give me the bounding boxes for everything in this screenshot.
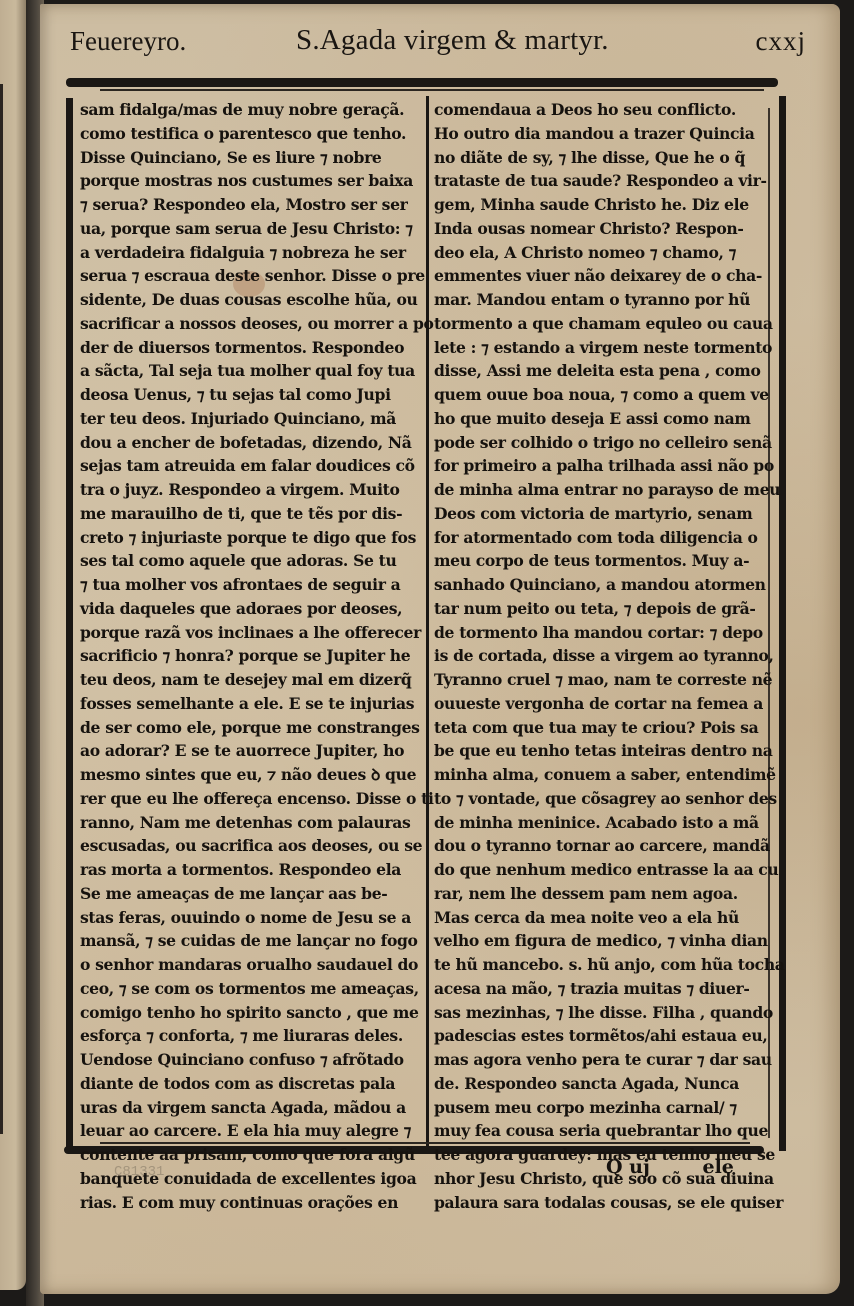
- text-line: sacrificio ⁊ honra? porque se Jupiter he: [80, 644, 432, 668]
- text-line: uras da virgem sancta Agada, mãdou a: [80, 1096, 432, 1120]
- top-border-thin-rule: [100, 89, 764, 91]
- text-line: ter teu deos. Injuriado Quinciano, mã: [80, 407, 432, 431]
- text-line: me marauilho de ti, que te tẽs por dis-: [80, 502, 432, 526]
- text-line: be que eu tenho tetas inteiras dentro na: [434, 739, 786, 763]
- library-stamp: C81331: [114, 1164, 164, 1180]
- text-line: Mas cerca da mea noite veo a ela hũ: [434, 906, 786, 930]
- text-line: to ⁊ vontade, que cõsagrey ao senhor des: [434, 787, 786, 811]
- text-line: ceo, ⁊ se com os tormentos me ameaças,: [80, 977, 432, 1001]
- text-line: sejas tam atreuida em falar doudices cõ: [80, 454, 432, 478]
- running-header: Feuereyro. S.Agada virgem & martyr. cxxj: [66, 20, 810, 60]
- text-line: de ser como ele, porque me constranges: [80, 716, 432, 740]
- text-line: ua, porque sam serua de Jesu Christo: ⁊: [80, 217, 432, 241]
- text-line: stas feras, ouuindo o nome de Jesu se a: [80, 906, 432, 930]
- text-column-left: sam fidalga/mas de muy nobre geraçã.como…: [80, 98, 432, 1214]
- text-column-right: comendaua a Deos ho seu conflicto.Ho out…: [434, 98, 786, 1214]
- book-page: Feuereyro. S.Agada virgem & martyr. cxxj…: [40, 4, 840, 1294]
- text-line: rer que eu lhe offereça encenso. Disse o…: [80, 787, 432, 811]
- text-line: deo ela, A Christo nomeo ⁊ chamo, ⁊: [434, 241, 786, 265]
- text-line: serua ⁊ escraua deste senhor. Disse o pr…: [80, 264, 432, 288]
- text-line: meu corpo de teus tormentos. Muy a-: [434, 549, 786, 573]
- text-line: pusem meu corpo mezinha carnal/ ⁊: [434, 1096, 786, 1120]
- header-title: S.Agada virgem & martyr.: [296, 24, 609, 57]
- header-month: Feuereyro.: [70, 26, 186, 57]
- text-line: dou o tyranno tornar ao carcere, mandã: [434, 834, 786, 858]
- text-line: muy fea cousa seria quebrantar lho que: [434, 1119, 786, 1143]
- text-line: ao adorar? E se te auorrece Jupiter, ho: [80, 739, 432, 763]
- text-line: do que nenhum medico entrasse la aa cu: [434, 858, 786, 882]
- previous-page-border-rule: [0, 84, 3, 1134]
- text-line: for primeiro a palha trilhada assi não p…: [434, 454, 786, 478]
- text-line: de. Respondeo sancta Agada, Nunca: [434, 1072, 786, 1096]
- text-line: te hũ mancebo. s. hũ anjo, com hũa tocha: [434, 953, 786, 977]
- text-line: Se me ameaças de me lançar aas be-: [80, 882, 432, 906]
- text-line: a sãcta, Tal seja tua molher qual foy tu…: [80, 359, 432, 383]
- text-line: gem, Minha saude Christo he. Diz ele: [434, 193, 786, 217]
- text-line: a verdadeira fidalguia ⁊ nobreza he ser: [80, 241, 432, 265]
- text-line: sam fidalga/mas de muy nobre geraçã.: [80, 98, 432, 122]
- text-line: sanhado Quinciano, a mandou atormen: [434, 573, 786, 597]
- text-line: o senhor mandaras orualho saudauel do: [80, 953, 432, 977]
- signature-mark: Q uj: [606, 1156, 650, 1178]
- text-line: Tyranno cruel ⁊ mao, nam te correste nẽ: [434, 668, 786, 692]
- text-line: teu deos, nam te desejey mal em dizerq̃: [80, 668, 432, 692]
- text-line: Disse Quinciano, Se es liure ⁊ nobre: [80, 146, 432, 170]
- text-line: deosa Uenus, ⁊ tu sejas tal como Jupi: [80, 383, 432, 407]
- text-line: trataste de tua saude? Respondeo a vir-: [434, 169, 786, 193]
- text-line: ⁊ tua molher vos afrontaes de seguir a: [80, 573, 432, 597]
- text-line: tormento a que chamam equleo ou caua: [434, 312, 786, 336]
- left-border-rule: [66, 98, 73, 1148]
- text-line: como testifica o parentesco que tenho.: [80, 122, 432, 146]
- folio-number: cxxj: [756, 26, 807, 57]
- text-line: Deos com victoria de martyrio, senam: [434, 502, 786, 526]
- text-line: leuar ao carcere. E ela hia muy alegre ⁊: [80, 1119, 432, 1143]
- text-line: sacrificar a nossos deoses, ou morrer a …: [80, 312, 432, 336]
- text-line: ho que muito deseja E assi como nam: [434, 407, 786, 431]
- text-line: vida daqueles que adoraes por deoses,: [80, 597, 432, 621]
- previous-page-edge: [0, 0, 26, 1290]
- text-line: disse, Assi me deleita esta pena , como: [434, 359, 786, 383]
- text-line: escusadas, ou sacrifica aos deoses, ou s…: [80, 834, 432, 858]
- text-line: Ho outro dia mandou a trazer Quincia: [434, 122, 786, 146]
- text-line: pode ser colhido o trigo no celleiro sen…: [434, 431, 786, 455]
- text-line: sas mezinhas, ⁊ lhe disse. Filha , quand…: [434, 1001, 786, 1025]
- text-line: creto ⁊ injuriaste porque te digo que fo…: [80, 526, 432, 550]
- text-line: tar num peito ou teta, ⁊ depois de grã-: [434, 597, 786, 621]
- top-border-rule: [66, 78, 778, 87]
- catchword: ele: [702, 1156, 733, 1178]
- text-line: ouueste vergonha de cortar na femea a: [434, 692, 786, 716]
- text-line: velho em figura de medico, ⁊ vinha dian: [434, 929, 786, 953]
- text-line: Uendose Quinciano confuso ⁊ afrõtado: [80, 1048, 432, 1072]
- text-line: padescias estes tormẽtos/ahi estaua eu,: [434, 1024, 786, 1048]
- text-line: porque mostras nos custumes ser baixa: [80, 169, 432, 193]
- text-line: sidente, De duas cousas escolhe hũa, ou: [80, 288, 432, 312]
- text-line: quem ouue boa noua, ⁊ como a quem ve: [434, 383, 786, 407]
- text-line: der de diuersos tormentos. Respondeo: [80, 336, 432, 360]
- text-line: rias. E com muy continuas orações en: [80, 1191, 432, 1215]
- text-line: mansã, ⁊ se cuidas de me lançar no fogo: [80, 929, 432, 953]
- text-line: for atormentado com toda diligencia o: [434, 526, 786, 550]
- text-line: porque razã vos inclinaes a lhe offerece…: [80, 621, 432, 645]
- text-line: is de cortada, disse a virgem ao tyranno…: [434, 644, 786, 668]
- text-line: fosses semelhante a ele. E se te injuria…: [80, 692, 432, 716]
- text-line: mesmo sintes que eu, ⁊ não deues ꝺ que: [80, 763, 432, 787]
- text-line: comendaua a Deos ho seu conflicto.: [434, 98, 786, 122]
- text-line: rar, nem lhe dessem pam nem agoa.: [434, 882, 786, 906]
- text-line: Inda ousas nomear Christo? Respon-: [434, 217, 786, 241]
- text-line: ras morta a tormentos. Respondeo ela: [80, 858, 432, 882]
- text-line: de tormento lha mandou cortar: ⁊ depo: [434, 621, 786, 645]
- text-line: de minha alma entrar no parayso de meu: [434, 478, 786, 502]
- text-line: tra o juyz. Respondeo a virgem. Muito: [80, 478, 432, 502]
- signature-mark-footer: Q uj ele: [606, 1156, 734, 1178]
- text-line: teta com que tua may te criou? Pois sa: [434, 716, 786, 740]
- text-line: diante de todos com as discretas pala: [80, 1072, 432, 1096]
- text-line: emmentes viuer não deixarey de o cha-: [434, 264, 786, 288]
- text-line: esforça ⁊ conforta, ⁊ me liuraras deles.: [80, 1024, 432, 1048]
- text-line: dou a encher de bofetadas, dizendo, Nã: [80, 431, 432, 455]
- text-line: palaura sara todalas cousas, se ele quis…: [434, 1191, 786, 1215]
- text-line: de minha meninice. Acabado isto a mã: [434, 811, 786, 835]
- text-line: mas agora venho pera te curar ⁊ dar sau: [434, 1048, 786, 1072]
- text-line: ranno, Nam me detenhas com palauras: [80, 811, 432, 835]
- text-line: acesa na mão, ⁊ trazia muitas ⁊ diuer-: [434, 977, 786, 1001]
- text-line: comigo tenho ho spirito sancto , que me: [80, 1001, 432, 1025]
- text-line: minha alma, conuem a saber, entendimẽ: [434, 763, 786, 787]
- text-line: no diãte de sy, ⁊ lhe disse, Que he o q̃: [434, 146, 786, 170]
- text-line: mar. Mandou entam o tyranno por hũ: [434, 288, 786, 312]
- text-line: ses tal como aquele que adoras. Se tu: [80, 549, 432, 573]
- text-line: lete : ⁊ estando a virgem neste tormento: [434, 336, 786, 360]
- text-line: ⁊ serua? Respondeo ela, Mostro ser ser: [80, 193, 432, 217]
